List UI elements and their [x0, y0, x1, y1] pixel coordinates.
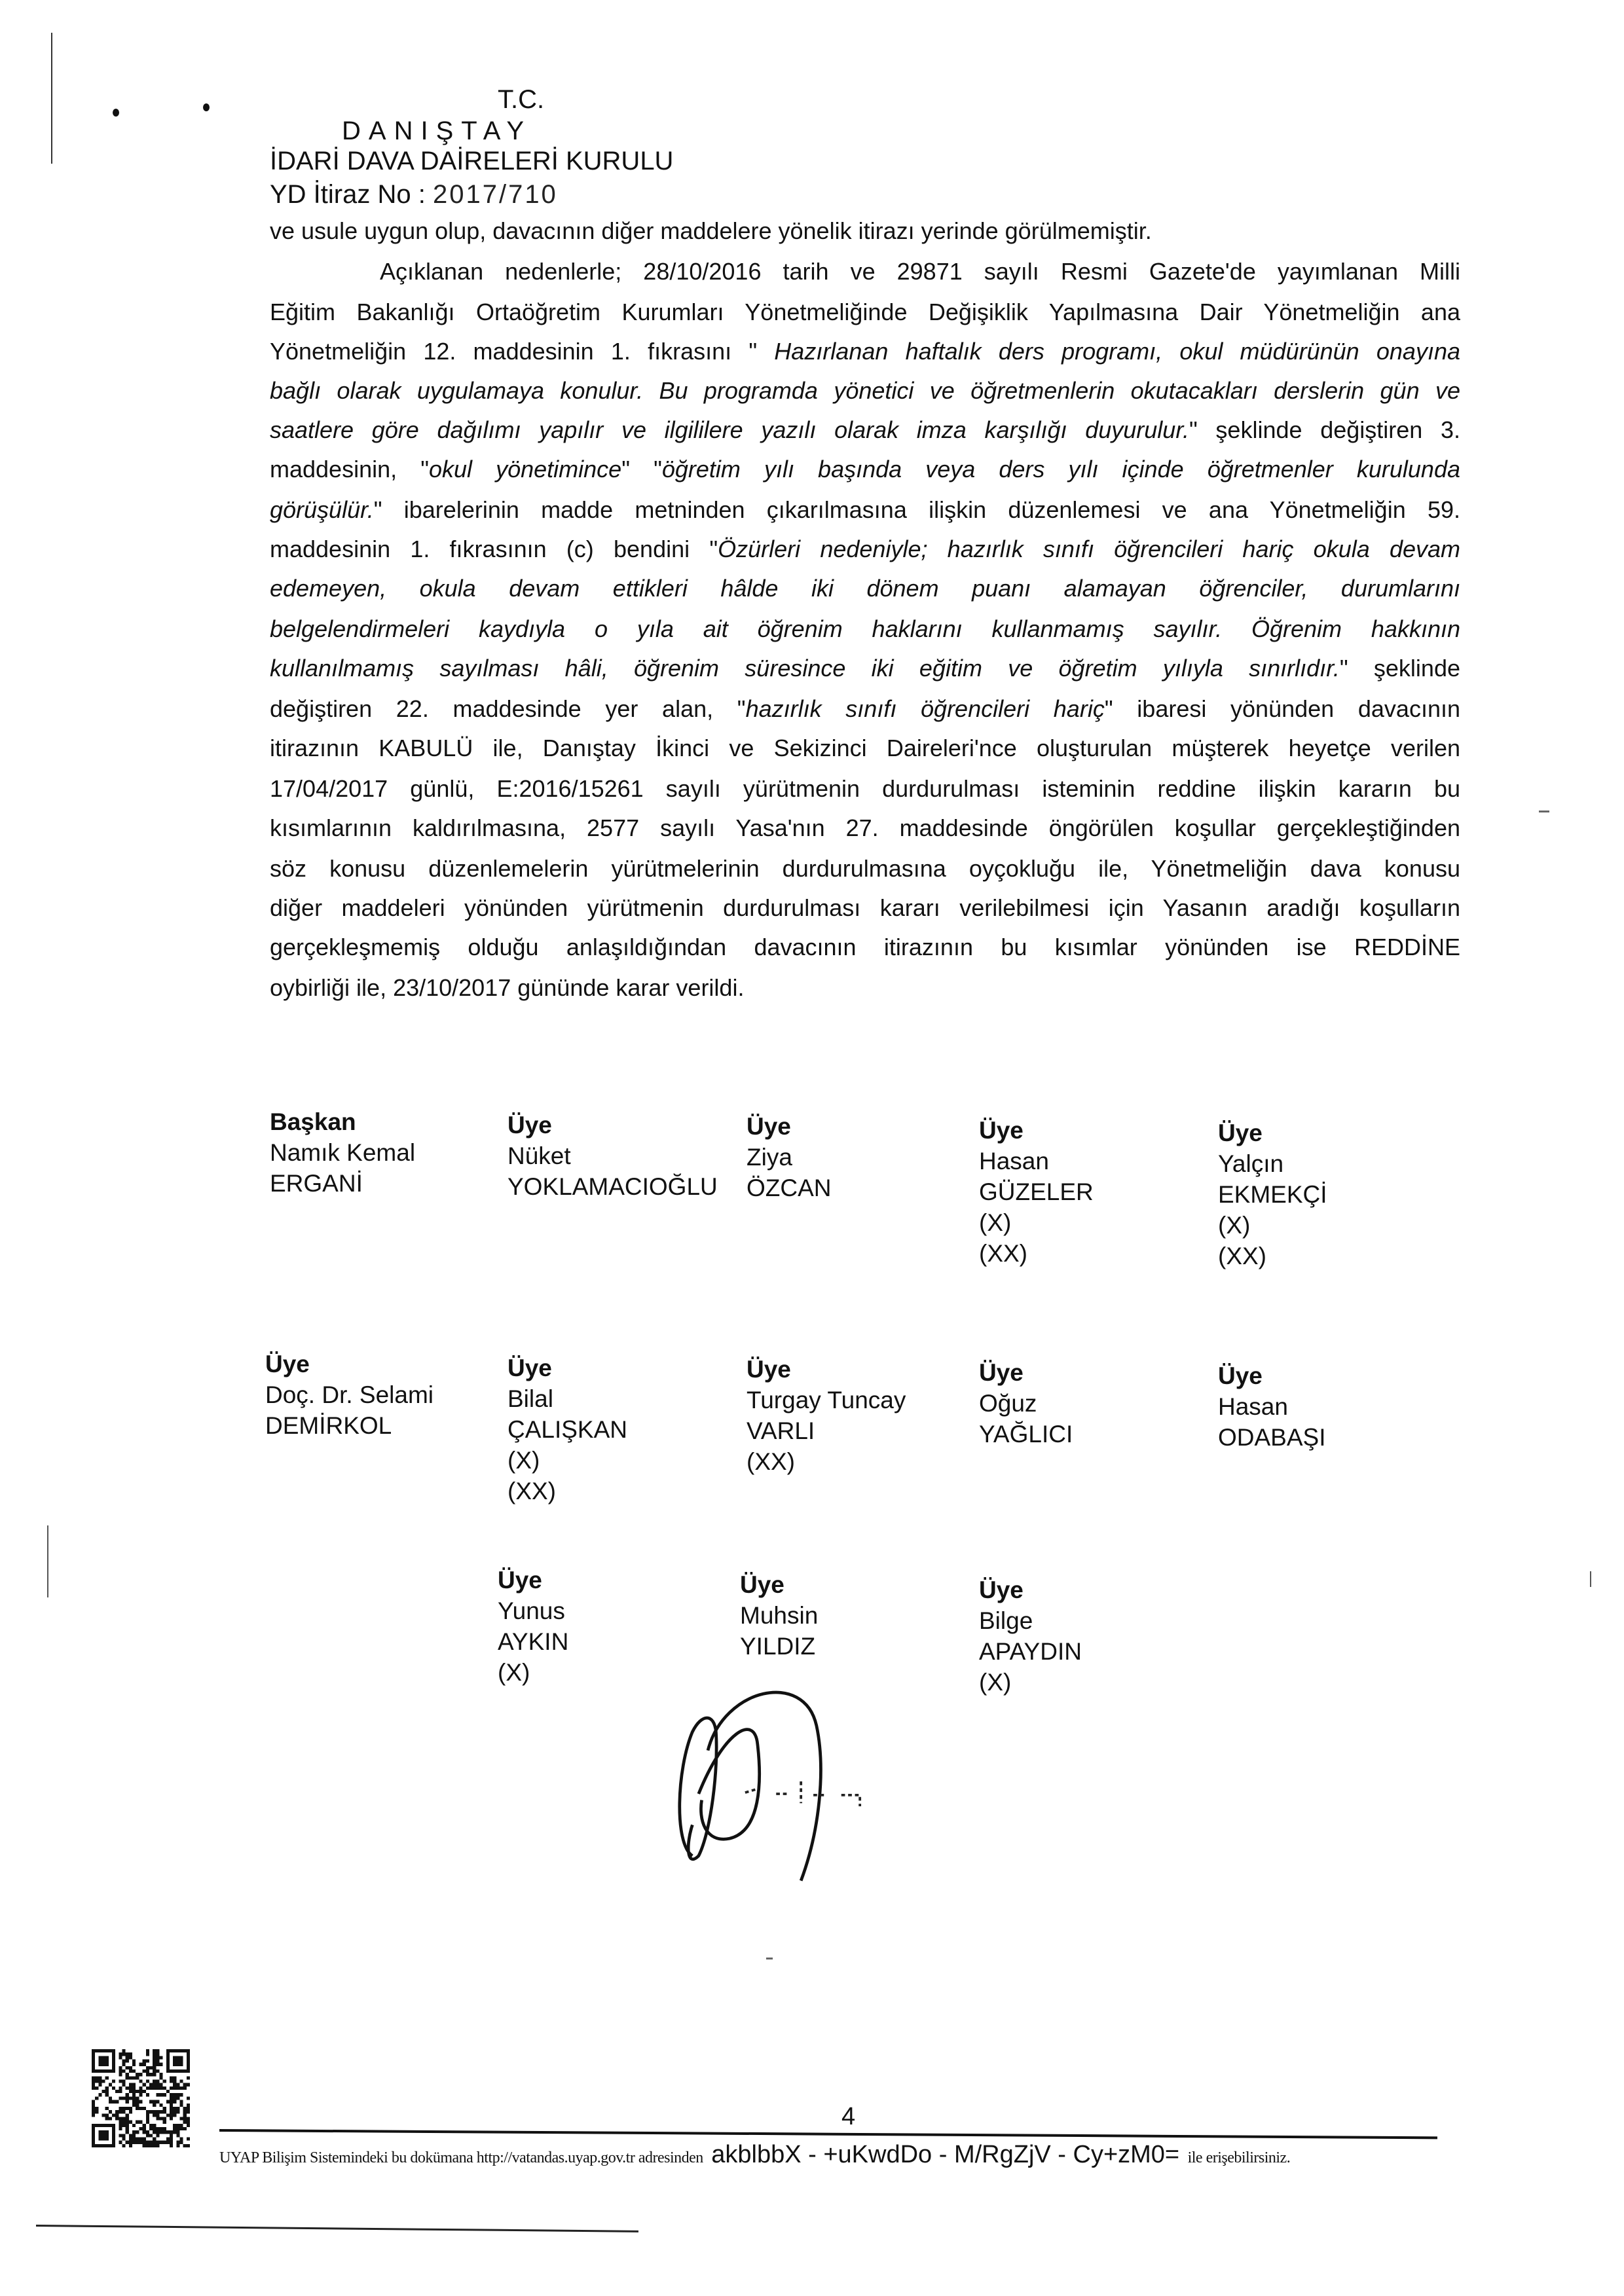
quoted-regulation-text: saatlere göre dağılımı yapılır ve ilgili…: [270, 416, 1189, 443]
body-text-segment: maddesinin 1. fıkrasının (c) bendini ": [270, 536, 718, 562]
header-board: İDARİ DAVA DAİRELERİ KURULU: [270, 147, 673, 175]
signatory-block: ÜyeHasanGÜZELER(X)(XX): [979, 1115, 1094, 1269]
signatory-name: Bilal: [507, 1383, 627, 1414]
signatory-block: ÜyeTurgay TuncayVARLI(XX): [747, 1354, 906, 1477]
body-line: kısımlarının kaldırılmasına, 2577 sayılı…: [270, 813, 1460, 843]
signatory-role: Üye: [747, 1111, 832, 1142]
signatory-name: YAĞLICI: [979, 1419, 1073, 1449]
signatory-role: Üye: [265, 1349, 434, 1379]
signatory-name: ÖZCAN: [747, 1173, 832, 1203]
signatory-role: Üye: [507, 1110, 718, 1140]
footer-verification: UYAP Bilişim Sistemindeki bu dokümana ht…: [219, 2141, 1437, 2169]
qr-code-icon: [92, 2049, 190, 2147]
signatory-name: GÜZELER: [979, 1176, 1094, 1207]
signatory-role: Üye: [1218, 1118, 1327, 1148]
signatory-name: Bilge: [979, 1605, 1082, 1636]
quoted-regulation-text: hazırlık sınıfı öğrencileri hariç: [746, 695, 1105, 722]
scan-bottom-line: [36, 2225, 638, 2232]
body-text-segment: itirazının KABULÜ ile, Danıştay İkinci v…: [270, 735, 1460, 761]
body-text-segment: maddesinin, ": [270, 456, 429, 483]
body-text-segment: diğer maddeleri yönünden yürütmenin durd…: [270, 894, 1460, 921]
signatory-role: Üye: [498, 1565, 568, 1595]
signatory-name: APAYDIN: [979, 1636, 1082, 1667]
body-text-segment: oybirliği ile, 23/10/2017 gününde karar …: [270, 974, 744, 1001]
body-line: kullanılmamış sayılması hâli, öğrenim sü…: [270, 653, 1460, 683]
case-label: YD İtiraz No :: [270, 180, 426, 209]
signatory-block: ÜyeBilgeAPAYDIN(X): [979, 1575, 1082, 1698]
signatory-name: Hasan: [979, 1146, 1094, 1176]
signatory-note: (XX): [507, 1476, 627, 1506]
signatory-note: (X): [979, 1207, 1094, 1238]
body-text-segment: Eğitim Bakanlığı Ortaöğretim Kurumları Y…: [270, 299, 1460, 325]
body-text-segment: " ": [621, 456, 662, 483]
decision-body: ve usule uygun olup, davacının diğer mad…: [270, 216, 1460, 1041]
signature-icon: [648, 1676, 910, 1912]
signatory-name: EKMEKÇİ: [1218, 1179, 1327, 1210]
signatory-name: AYKIN: [498, 1626, 568, 1657]
case-number: 2017/710: [433, 180, 558, 209]
signatory-role: Üye: [507, 1353, 627, 1383]
body-line: maddesinin, "okul yönetimince" "öğretim …: [270, 454, 1460, 484]
body-text-segment: " şeklinde değiştiren 3.: [1189, 416, 1460, 443]
page-number: 4: [841, 2103, 855, 2131]
body-line: saatlere göre dağılımı yapılır ve ilgili…: [270, 415, 1460, 445]
signatory-name: VARLI: [747, 1415, 906, 1446]
scan-dot: [113, 109, 119, 117]
signatory-note: (XX): [747, 1446, 906, 1477]
signatory-note: (X): [498, 1657, 568, 1688]
body-text-segment: söz konusu düzenlemelerin yürütmelerinin…: [270, 855, 1460, 882]
signatory-name: Oğuz: [979, 1388, 1073, 1419]
signatory-name: DEMİRKOL: [265, 1410, 434, 1441]
body-line: edemeyen, okula devam ettikleri hâlde ik…: [270, 574, 1460, 604]
signatory-name: Turgay Tuncay: [747, 1385, 906, 1415]
body-line: maddesinin 1. fıkrasının (c) bendini "Öz…: [270, 534, 1460, 564]
footer-suffix: ile erişebilirsiniz.: [1188, 2149, 1291, 2166]
quoted-regulation-text: öğretim yılı başında veya ders yılı için…: [662, 456, 1460, 483]
body-line: itirazının KABULÜ ile, Danıştay İkinci v…: [270, 733, 1460, 763]
signatory-role: Üye: [747, 1354, 906, 1385]
body-line: belgelendirmeleri kaydıyla o yıla ait öğ…: [270, 614, 1460, 644]
signatory-role: Üye: [979, 1357, 1073, 1388]
signatory-block: ÜyeYunusAYKIN(X): [498, 1565, 568, 1688]
quoted-regulation-text: kullanılmamış sayılması hâli, öğrenim sü…: [270, 655, 1340, 682]
body-text-segment: Yönetmeliğin 12. maddesinin 1. fıkrasını…: [270, 338, 774, 365]
body-line: Yönetmeliğin 12. maddesinin 1. fıkrasını…: [270, 337, 1460, 367]
signatory-name: ODABAŞI: [1218, 1422, 1326, 1453]
signatory-name: Nüket: [507, 1140, 718, 1171]
signatory-note: (X): [1218, 1210, 1327, 1241]
body-line: bağlı olarak uygulamaya konulur. Bu prog…: [270, 376, 1460, 406]
body-text-segment: ve usule uygun olup, davacının diğer mad…: [270, 217, 1152, 244]
body-line: değiştiren 22. maddesinde yer alan, "haz…: [270, 694, 1460, 724]
body-line: söz konusu düzenlemelerin yürütmelerinin…: [270, 854, 1460, 884]
signatory-note: (X): [507, 1445, 627, 1476]
signatory-name: ERGANİ: [270, 1168, 415, 1199]
signatory-block: ÜyeBilalÇALIŞKAN(X)(XX): [507, 1353, 627, 1506]
quoted-regulation-text: görüşülür.: [270, 496, 374, 523]
footer-prefix: UYAP Bilişim Sistemindeki bu dokümana ht…: [219, 2149, 703, 2166]
signatory-name: Ziya: [747, 1142, 832, 1173]
signatory-name: Hasan: [1218, 1391, 1326, 1422]
body-line: 17/04/2017 günlü, E:2016/15261 sayılı yü…: [270, 774, 1460, 804]
signatory-role: Üye: [979, 1575, 1082, 1605]
quoted-regulation-text: okul yönetimince: [429, 456, 621, 483]
body-line: Açıklanan nedenlerle; 28/10/2016 tarih v…: [380, 257, 1460, 287]
body-text-segment: " şeklinde: [1340, 655, 1460, 682]
signatory-name: ÇALIŞKAN: [507, 1414, 627, 1445]
quoted-regulation-text: bağlı olarak uygulamaya konulur. Bu prog…: [270, 377, 1460, 404]
signatory-name: Yunus: [498, 1595, 568, 1626]
signatory-block: ÜyeZiyaÖZCAN: [747, 1111, 832, 1203]
scan-margin-mark: [1590, 1571, 1591, 1587]
body-text-segment: " ibaresi yönünden davacının: [1105, 695, 1460, 722]
signatory-name: Doç. Dr. Selami: [265, 1379, 434, 1410]
footer-divider: [219, 2129, 1437, 2139]
body-line: Eğitim Bakanlığı Ortaöğretim Kurumları Y…: [270, 297, 1460, 327]
signatory-note: (XX): [1218, 1241, 1327, 1271]
quoted-regulation-text: edemeyen, okula devam ettikleri hâlde ik…: [270, 575, 1460, 602]
signatory-block: ÜyeOğuzYAĞLICI: [979, 1357, 1073, 1449]
body-text-segment: değiştiren 22. maddesinde yer alan, ": [270, 695, 746, 722]
body-text-segment: gerçekleşmemiş olduğu anlaşıldığından da…: [270, 934, 1460, 960]
signatory-block: ÜyeMuhsinYILDIZ: [740, 1569, 818, 1662]
quoted-regulation-text: Hazırlanan haftalık ders programı, okul …: [774, 338, 1460, 365]
signatory-block: ÜyeNüketYOKLAMACIOĞLU: [507, 1110, 718, 1202]
scan-margin-line: [51, 33, 52, 164]
header-country: T.C.: [498, 85, 544, 114]
scan-speck: [766, 1958, 773, 1959]
signatory-block: ÜyeHasanODABAŞI: [1218, 1360, 1326, 1453]
scan-margin-mark: [47, 1525, 48, 1597]
signatory-name: Yalçın: [1218, 1148, 1327, 1179]
signatory-block: ÜyeYalçınEKMEKÇİ(X)(XX): [1218, 1118, 1327, 1271]
body-text-segment: Açıklanan nedenlerle; 28/10/2016 tarih v…: [380, 258, 1460, 285]
body-text-segment: " ibarelerinin madde metninden çıkarılma…: [374, 496, 1460, 523]
signatory-name: Namık Kemal: [270, 1137, 415, 1168]
quoted-regulation-text: belgelendirmeleri kaydıyla o yıla ait öğ…: [270, 615, 1460, 642]
signatory-role: Başkan: [270, 1106, 415, 1137]
signatory-name: YOKLAMACIOĞLU: [507, 1171, 718, 1202]
body-text-segment: 17/04/2017 günlü, E:2016/15261 sayılı yü…: [270, 775, 1460, 802]
signatory-role: Üye: [1218, 1360, 1326, 1391]
signatory-block: ÜyeDoç. Dr. SelamiDEMİRKOL: [265, 1349, 434, 1441]
signatory-name: YILDIZ: [740, 1631, 818, 1662]
body-text-segment: kısımlarının kaldırılmasına, 2577 sayılı…: [270, 814, 1460, 841]
quoted-regulation-text: Özürleri nedeniyle; hazırlık sınıfı öğre…: [718, 536, 1460, 562]
verification-code: akblbbX - +uKwdDo - M/RgZjV - Cy+zM0=: [711, 2141, 1179, 2168]
signatory-note: (X): [979, 1667, 1082, 1698]
signatory-note: (XX): [979, 1238, 1094, 1269]
body-line: ve usule uygun olup, davacının diğer mad…: [270, 216, 1460, 246]
header-case-number: YD İtiraz No : 2017/710: [270, 180, 558, 209]
body-line: görüşülür." ibarelerinin madde metninden…: [270, 495, 1460, 525]
scan-dot: [203, 103, 210, 111]
signatory-name: Muhsin: [740, 1600, 818, 1631]
signatory-block: BaşkanNamık KemalERGANİ: [270, 1106, 415, 1199]
signatory-role: Üye: [740, 1569, 818, 1600]
scan-speck: [1539, 811, 1549, 812]
body-line: oybirliği ile, 23/10/2017 gününde karar …: [270, 973, 1460, 1003]
body-line: diğer maddeleri yönünden yürütmenin durd…: [270, 893, 1460, 923]
header-institution: DANIŞTAY: [342, 117, 532, 145]
body-line: gerçekleşmemiş olduğu anlaşıldığından da…: [270, 932, 1460, 962]
signatory-role: Üye: [979, 1115, 1094, 1146]
